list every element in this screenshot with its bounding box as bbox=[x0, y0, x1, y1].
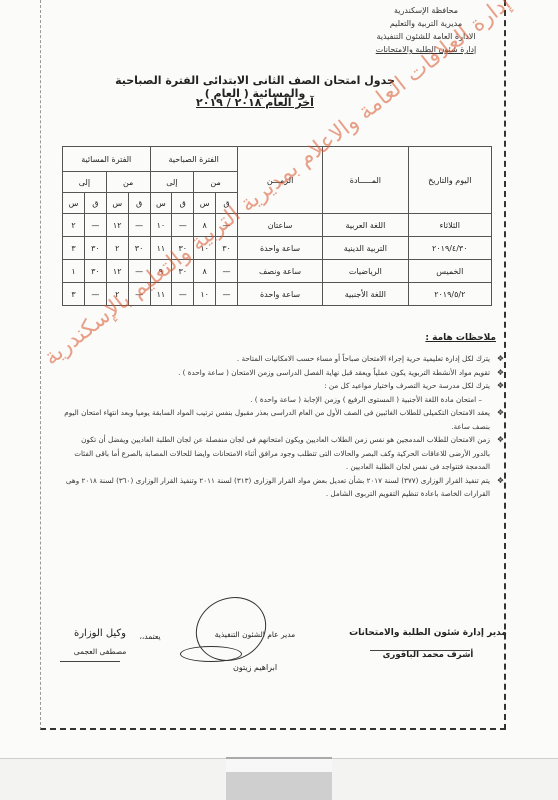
note-text: امتحان مادة اللغة الأجنبية ( المستوى الر… bbox=[250, 395, 476, 404]
time-cell: ١٢ bbox=[106, 214, 128, 237]
diamond-bullet-icon: ❖ bbox=[497, 379, 504, 393]
diamond-bullet-icon: ❖ bbox=[497, 366, 504, 380]
note-text: يترك لكل مدرسة حرية التصرف واختيار مواعي… bbox=[324, 381, 490, 390]
signature-scribble bbox=[60, 661, 120, 662]
diamond-bullet-icon: ❖ bbox=[497, 352, 504, 366]
header-minute: ق bbox=[84, 193, 106, 214]
duration-cell: ساعة ونصف bbox=[237, 260, 322, 283]
header-hour: س bbox=[150, 193, 172, 214]
dash-bullet-icon: – bbox=[476, 395, 482, 404]
signature-scribble bbox=[370, 650, 470, 651]
header-hour: س bbox=[194, 193, 216, 214]
note-text: زمن الامتحان للطلاب المدمجين هو نفس زمن … bbox=[74, 435, 490, 471]
time-cell: ١٢ bbox=[106, 260, 128, 283]
header-minute: ق bbox=[128, 193, 150, 214]
subject-cell: اللغة الأجنبية bbox=[323, 283, 408, 306]
time-cell: — bbox=[216, 283, 238, 306]
notes-title: ملاحظات هامة : bbox=[425, 333, 496, 343]
document-subtitle: آخر العام ٢٠١٨ / ٢٠١٩ bbox=[170, 96, 340, 109]
time-cell: — bbox=[84, 214, 106, 237]
time-cell: ٣٠ bbox=[84, 237, 106, 260]
note-sub-item: – امتحان مادة اللغة الأجنبية ( المستوى ا… bbox=[64, 393, 504, 407]
signature-name: مصطفى العجمى bbox=[60, 647, 140, 656]
note-text: يعقد الامتحان التكميلى للطلاب الغائبين ف… bbox=[64, 408, 490, 431]
subject-cell: اللغة العربية bbox=[323, 214, 408, 237]
signature-role: وكيل الوزارة bbox=[60, 628, 140, 639]
note-item: ❖ تقويم مواد الأنشطة التربوية يكون عمليا… bbox=[64, 366, 504, 380]
note-text: يتم تنفيذ القرار الوزارى (٣٧٧) لسنة ٢٠١٧… bbox=[66, 476, 490, 499]
header-evening-from: من bbox=[106, 172, 150, 193]
header-subject: المـــــادة bbox=[323, 147, 408, 214]
header-hour: س bbox=[106, 193, 128, 214]
duration-cell: ساعة واحدة bbox=[237, 237, 322, 260]
time-cell: ٢ bbox=[63, 214, 85, 237]
date-cell: ٢٠١٩/٤/٣٠ bbox=[408, 237, 491, 260]
time-cell: ١٠ bbox=[150, 214, 172, 237]
time-cell: ٨ bbox=[194, 260, 216, 283]
table-row: الخميس الرياضيات ساعة ونصف — ٨ ٣٠ ٩ — ١٢… bbox=[63, 260, 492, 283]
time-cell: — bbox=[216, 260, 238, 283]
signature-scribble bbox=[180, 646, 242, 662]
time-cell: ٣ bbox=[63, 237, 85, 260]
diamond-bullet-icon: ❖ bbox=[497, 474, 504, 488]
signature-director: مدير إدارة شئون الطلبة والامتحانات أشرف … bbox=[338, 628, 518, 660]
note-item: ❖ يتم تنفيذ القرار الوزارى (٣٧٧) لسنة ٢٠… bbox=[64, 474, 504, 501]
note-item: ❖ يترك لكل إدارة تعليمية حرية إجراء الام… bbox=[64, 352, 504, 366]
diamond-bullet-icon: ❖ bbox=[497, 433, 504, 447]
duration-cell: ساعة واحدة bbox=[237, 283, 322, 306]
document-page: محافظة الإسكندرية مديرية التربية والتعلي… bbox=[0, 0, 558, 759]
header-hour: س bbox=[63, 193, 85, 214]
time-cell: ٢ bbox=[106, 237, 128, 260]
time-cell: — bbox=[128, 214, 150, 237]
signature-name: أشرف محمد الباقورى bbox=[338, 650, 518, 660]
subject-cell: التربية الدينية bbox=[323, 237, 408, 260]
header-minute: ق bbox=[172, 193, 194, 214]
time-cell: ٣٠ bbox=[128, 237, 150, 260]
signature-role: مدير إدارة شئون الطلبة والامتحانات bbox=[338, 628, 518, 638]
day-cell: الثلاثاء bbox=[408, 214, 491, 237]
note-item: ❖ يترك لكل مدرسة حرية التصرف واختيار موا… bbox=[64, 379, 504, 393]
header-evening: الفترة المسائية bbox=[63, 147, 151, 172]
header-morning: الفترة الصباحية bbox=[150, 147, 237, 172]
note-item: ❖ زمن الامتحان للطلاب المدمجين هو نفس زم… bbox=[64, 433, 504, 474]
day-cell: الخميس bbox=[408, 260, 491, 283]
table-row: الثلاثاء اللغة العربية ساعتان — ٨ — ١٠ —… bbox=[63, 214, 492, 237]
notes-list: ❖ يترك لكل إدارة تعليمية حرية إجراء الام… bbox=[64, 352, 504, 501]
date-cell: ٢٠١٩/٥/٢ bbox=[408, 283, 491, 306]
header-day-date: اليوم والتاريخ bbox=[408, 147, 491, 214]
signature-deputy: وكيل الوزارة مصطفى العجمى bbox=[60, 628, 140, 656]
note-text: يترك لكل إدارة تعليمية حرية إجراء الامتح… bbox=[237, 354, 490, 363]
time-cell: ١ bbox=[63, 260, 85, 283]
time-cell: — bbox=[172, 283, 194, 306]
subject-cell: الرياضيات bbox=[323, 260, 408, 283]
header-morning-from: من bbox=[194, 172, 238, 193]
note-text: تقويم مواد الأنشطة التربوية يكون عملياً … bbox=[178, 368, 490, 377]
signature-name: ابراهيم زيتون bbox=[195, 663, 315, 672]
page-edge-shadow bbox=[226, 757, 332, 800]
diamond-bullet-icon: ❖ bbox=[497, 406, 504, 420]
time-cell: ٣ bbox=[63, 283, 85, 306]
table-row: ٢٠١٩/٤/٣٠ التربية الدينية ساعة واحدة ٣٠ … bbox=[63, 237, 492, 260]
note-item: ❖ يعقد الامتحان التكميلى للطلاب الغائبين… bbox=[64, 406, 504, 433]
time-cell: ١٠ bbox=[194, 283, 216, 306]
time-cell: ٣٠ bbox=[84, 260, 106, 283]
header-evening-to: إلى bbox=[63, 172, 107, 193]
header-morning-to: إلى bbox=[150, 172, 194, 193]
